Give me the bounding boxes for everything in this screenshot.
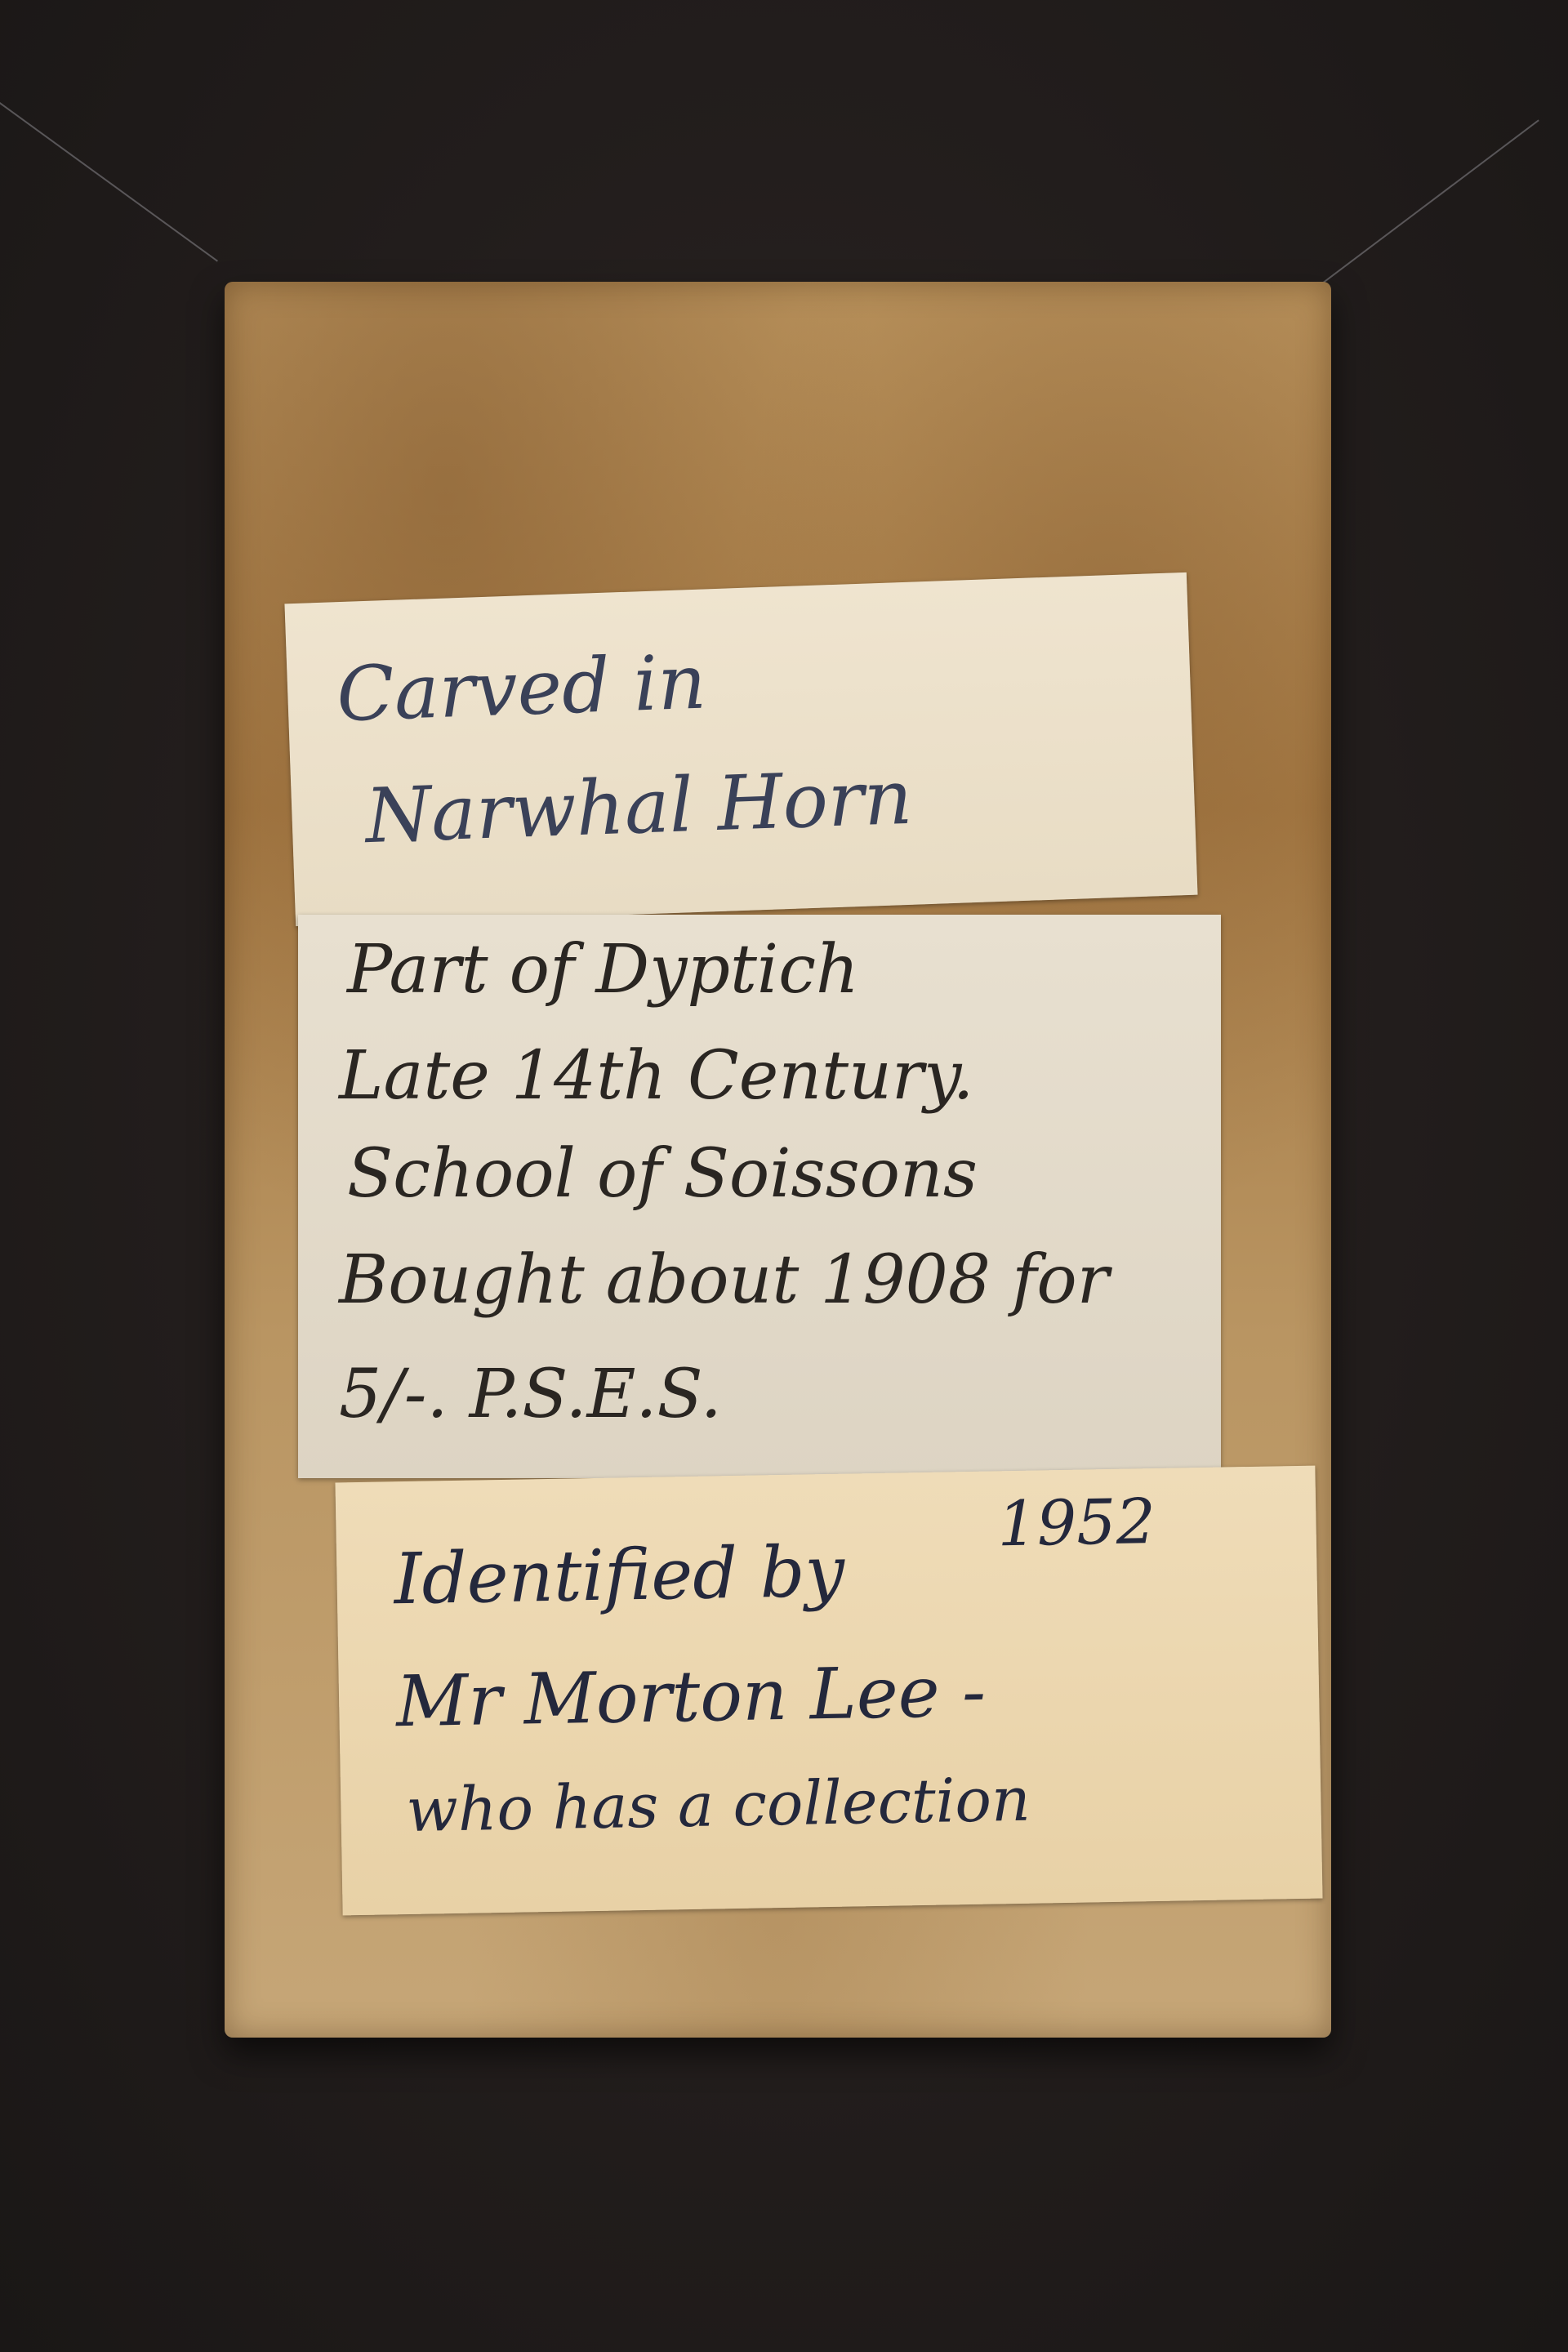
hanging-wire-left xyxy=(0,102,218,262)
label-text-line: Part of Dyptich xyxy=(347,931,859,1009)
label-diptych-provenance: Part of Dyptich Late 14th Century. Schoo… xyxy=(298,915,1221,1478)
hanging-wire-right xyxy=(1323,119,1539,283)
label-year: 1952 xyxy=(997,1485,1156,1560)
label-carved-in: Carved in Narwhal Horn xyxy=(284,572,1197,926)
label-text-line: Mr Morton Lee - xyxy=(395,1651,986,1744)
label-text-line: Late 14th Century. xyxy=(339,1037,974,1115)
label-text-line: Identified by xyxy=(394,1531,845,1621)
label-text-line: Carved in xyxy=(336,638,708,738)
label-identified-by: 1952 Identified by Mr Morton Lee - who h… xyxy=(335,1466,1322,1916)
label-text-line: 5/-. P.S.E.S. xyxy=(339,1356,722,1433)
label-text-line: Narwhal Horn xyxy=(364,754,914,860)
label-text-line: who has a collection xyxy=(406,1765,1031,1846)
label-text-line: Bought about 1908 for xyxy=(339,1241,1109,1319)
label-text-line: School of Soissons xyxy=(347,1135,978,1213)
